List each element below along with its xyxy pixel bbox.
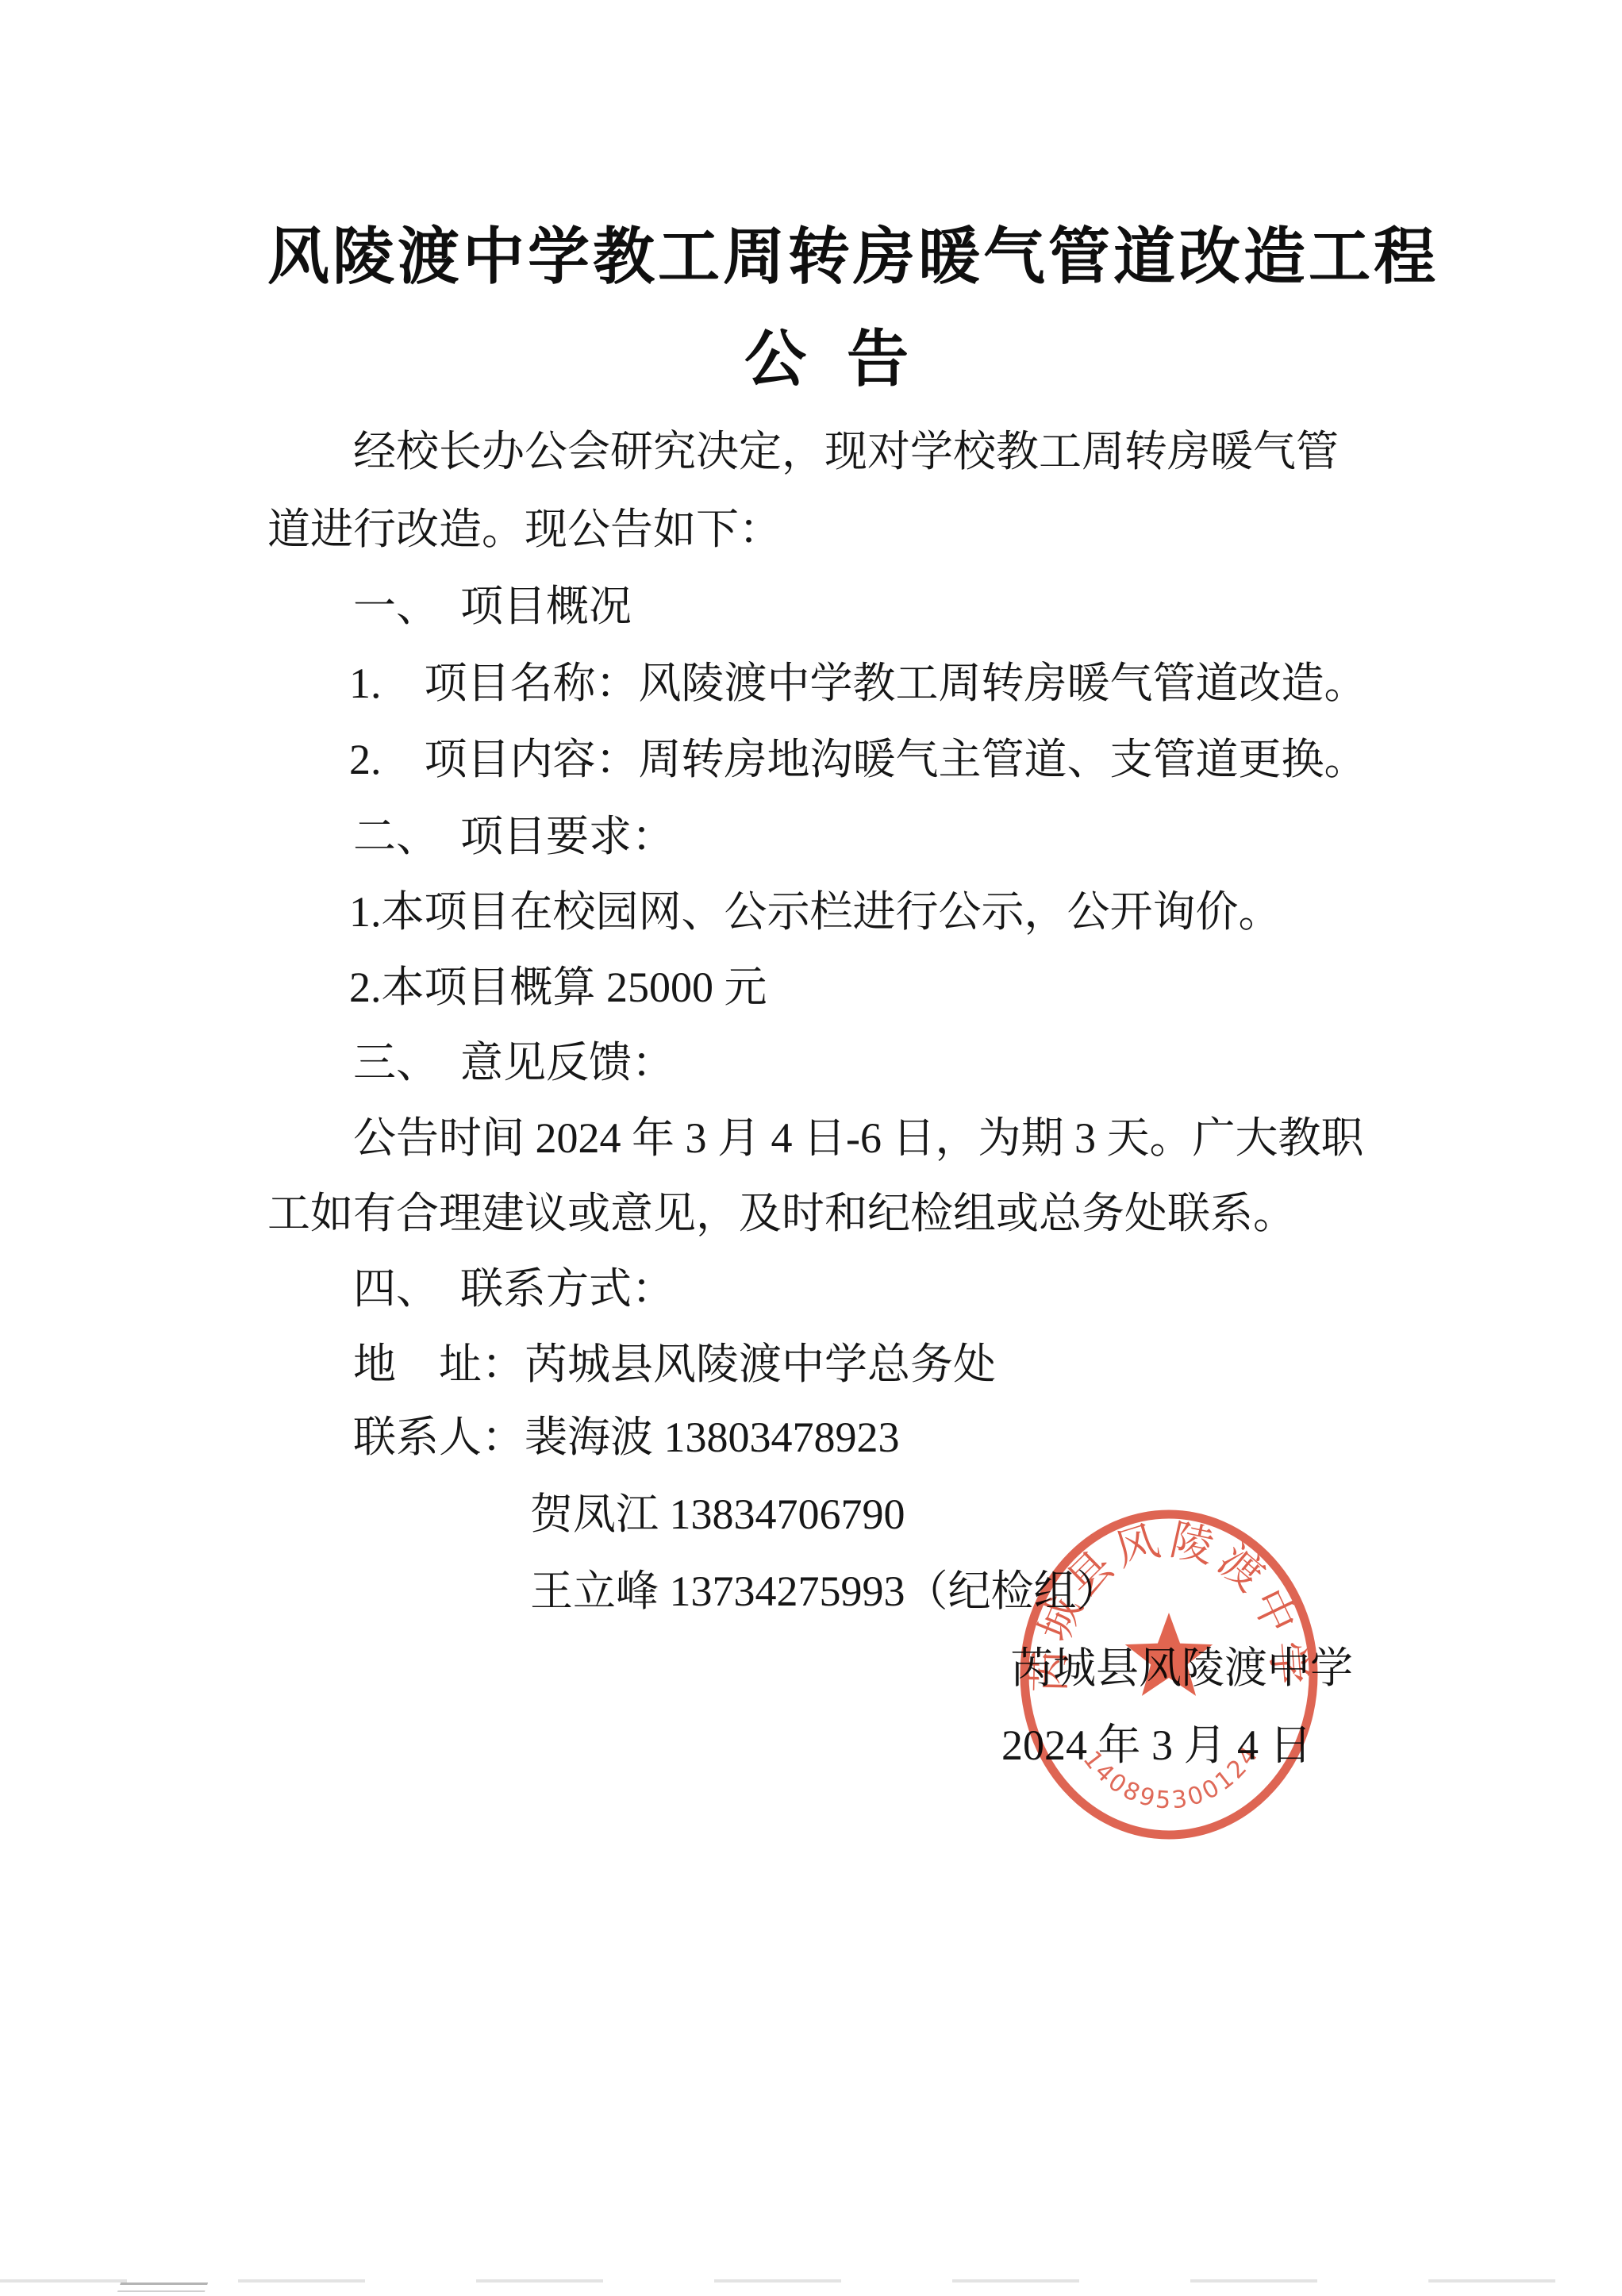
project-content-item: 2. 项目内容：周转房地沟暖气主管道、支管道更换。 (349, 734, 1367, 786)
feedback-paragraph-line2: 工如有合理建议或意见，及时和纪检组或总务处联系。 (267, 1188, 1296, 1240)
section2-heading: 二、 项目要求： (353, 811, 675, 863)
feedback-paragraph-line1: 公告时间 2024 年 3 月 4 日-6 日，为期 3 天。广大教职 (353, 1113, 1363, 1164)
section3-heading: 三、 意见反馈： (353, 1037, 675, 1089)
contact-line-2: 贺凤江 13834706790 (530, 1489, 905, 1540)
seal-star-icon (1125, 1613, 1213, 1696)
requirement-item-1: 1.本项目在校园网、公示栏进行公示，公开询价。 (349, 886, 1282, 938)
address-line: 地 址：芮城县风陵渡中学总务处 (353, 1339, 996, 1390)
scan-edge-artifact (0, 2279, 1622, 2283)
intro-paragraph-line1: 经校长办公会研究决定，现对学校教工周转房暖气管 (353, 426, 1339, 478)
section4-heading: 四、 联系方式： (353, 1263, 675, 1315)
contact-line-1: 联系人：裴海波 13803478923 (353, 1412, 900, 1463)
requirement-item-2-budget: 2.本项目概算 25000 元 (349, 962, 767, 1013)
intro-paragraph-line2: 道进行改造。现公告如下： (267, 504, 782, 556)
official-seal-stamp: 芮城县风陵渡中学 1408953001243 (1018, 1505, 1320, 1844)
section1-heading: 一、 项目概况 (353, 581, 632, 633)
document-title-line1: 风陵渡中学教工周转房暖气管道改造工程 (267, 226, 1389, 288)
document-title-line2: 公 告 (267, 329, 1389, 390)
announcement-page: 风陵渡中学教工周转房暖气管道改造工程 公 告 经校长办公会研究决定，现对学校教工… (0, 0, 1622, 2296)
project-name-item: 1. 项目名称：风陵渡中学教工周转房暖气管道改造。 (349, 658, 1367, 710)
scan-corner-mark (117, 2283, 208, 2292)
